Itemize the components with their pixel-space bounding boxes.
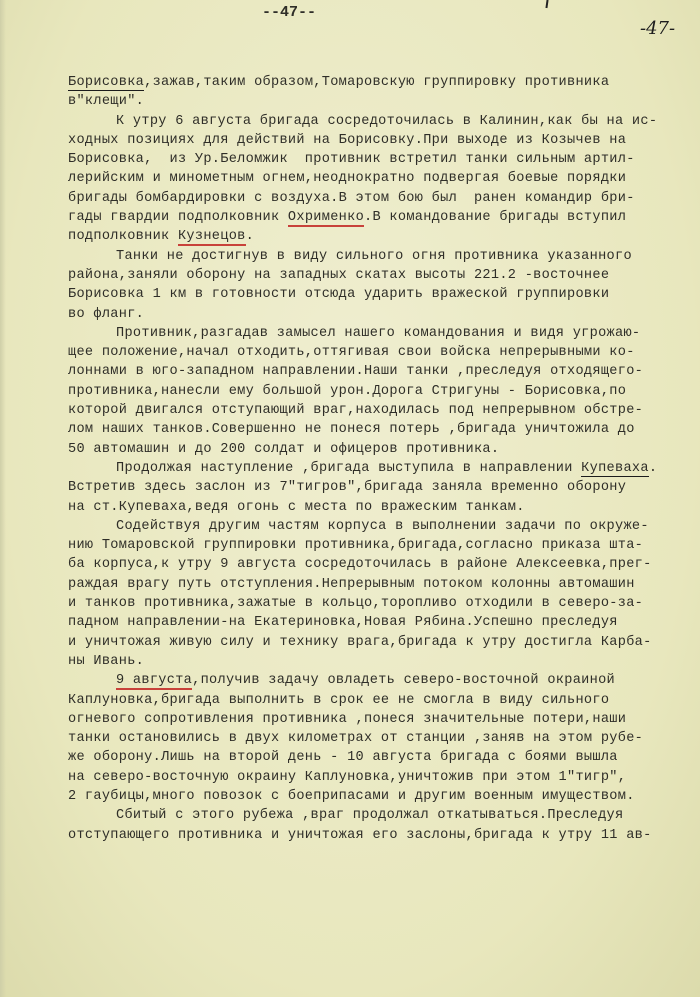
text-segment: Продолжая наступление ,бригада выступила… xyxy=(116,461,581,476)
underlined-term: Охрименко xyxy=(288,210,364,227)
text-segment: Противник,разгадав замысел нашего команд… xyxy=(116,326,640,341)
text-line: 50 автомашин и до 200 солдат и офицеров … xyxy=(68,440,678,459)
text-line: щее положение,начал отходить,оттягивая с… xyxy=(68,343,678,362)
text-line: ходных позициях для действий на Борисовк… xyxy=(68,131,678,150)
text-line: противника,нанесли ему большой урон.Доро… xyxy=(68,382,678,401)
text-line: огневого сопротивления противника ,понес… xyxy=(68,710,678,729)
text-line: Борисовка 1 км в готовности отсюда удари… xyxy=(68,285,678,304)
text-segment: падном направлении-на Екатериновка,Новая… xyxy=(68,615,618,630)
text-line: танки остановились в двух километрах от … xyxy=(68,729,678,748)
text-segment: раждая врагу путь отступления.Непрерывны… xyxy=(68,577,635,592)
text-segment: гады гвардии подполковник xyxy=(68,210,288,225)
text-line: во фланг. xyxy=(68,305,678,324)
text-segment: которой двигался отступающий враг,находи… xyxy=(68,403,643,418)
underlined-term: 9 августа xyxy=(116,673,192,690)
text-line: Сбитый с этого рубежа ,враг продолжал от… xyxy=(68,806,678,825)
text-line: ны Ивань. xyxy=(68,652,678,671)
text-line: лом наших танков.Совершенно не понеся по… xyxy=(68,420,678,439)
underlined-term: Кузнецов xyxy=(178,229,246,246)
text-segment: ,получив задачу овладеть северо-восточно… xyxy=(192,673,615,688)
text-segment: танки остановились в двух километрах от … xyxy=(68,731,643,746)
underlined-term: Борисовка xyxy=(68,75,144,91)
text-line: и танков противника,зажатые в кольцо,тор… xyxy=(68,594,678,613)
text-segment: лом наших танков.Совершенно не понеся по… xyxy=(68,422,635,437)
text-segment: района,заняли оборону на западных скатах… xyxy=(68,268,609,283)
text-line: ба корпуса,к утру 9 августа сосредоточил… xyxy=(68,555,678,574)
text-line: в"клещи". xyxy=(68,92,678,111)
pen-mark xyxy=(545,0,548,8)
text-segment: ны Ивань. xyxy=(68,654,144,669)
text-line: подполковник Кузнецов. xyxy=(68,227,678,246)
text-line: на северо-восточную окраину Каплуновка,у… xyxy=(68,768,678,787)
text-line: района,заняли оборону на западных скатах… xyxy=(68,266,678,285)
text-line: которой двигался отступающий враг,находи… xyxy=(68,401,678,420)
text-segment: .В командование бригады вступил xyxy=(364,210,626,225)
text-segment: в"клещи". xyxy=(68,94,144,109)
text-segment: Сбитый с этого рубежа ,враг продолжал от… xyxy=(116,808,623,823)
text-segment: Каплуновка,бригада выполнить в срок ее н… xyxy=(68,693,609,708)
text-segment: Содействуя другим частям корпуса в выпол… xyxy=(116,519,649,534)
text-line: Встретив здесь заслон из 7"тигров",брига… xyxy=(68,478,678,497)
handwritten-page-number: -47- xyxy=(640,18,675,39)
text-segment: К утру 6 августа бригада сосредоточилась… xyxy=(116,114,657,129)
text-segment: лоннами в юго-западном направлении.Наши … xyxy=(68,364,643,379)
text-line: же оборону.Лишь на второй день - 10 авгу… xyxy=(68,748,678,767)
text-line: нию Томаровской группировки противника,б… xyxy=(68,536,678,555)
text-segment: Борисовка 1 км в готовности отсюда удари… xyxy=(68,287,609,302)
text-segment: на северо-восточную окраину Каплуновка,у… xyxy=(68,770,626,785)
text-line: раждая врагу путь отступления.Непрерывны… xyxy=(68,575,678,594)
text-segment: отступающего противника и уничтожая его … xyxy=(68,828,652,843)
text-line: гады гвардии подполковник Охрименко.В ко… xyxy=(68,208,678,227)
text-segment: Встретив здесь заслон из 7"тигров",брига… xyxy=(68,480,626,495)
text-line: на ст.Купеваха,ведя огонь с места по вра… xyxy=(68,498,678,517)
text-segment: подполковник xyxy=(68,229,178,244)
text-line: Каплуновка,бригада выполнить в срок ее н… xyxy=(68,691,678,710)
text-line: падном направлении-на Екатериновка,Новая… xyxy=(68,613,678,632)
text-segment: же оборону.Лишь на второй день - 10 авгу… xyxy=(68,750,618,765)
text-line: отступающего противника и уничтожая его … xyxy=(68,826,678,845)
text-segment: . xyxy=(649,461,657,476)
text-segment: и танков противника,зажатые в кольцо,тор… xyxy=(68,596,643,611)
text-segment: щее положение,начал отходить,оттягивая с… xyxy=(68,345,635,360)
text-line: Танки не достигнув в виду сильного огня … xyxy=(68,247,678,266)
text-segment: Танки не достигнув в виду сильного огня … xyxy=(116,249,632,264)
text-segment: 2 гаубицы,много повозок с боеприпасами и… xyxy=(68,789,635,804)
text-segment: нию Томаровской группировки противника,б… xyxy=(68,538,643,553)
text-line: бригады бомбардировки с воздуха.В этом б… xyxy=(68,189,678,208)
text-segment: ба корпуса,к утру 9 августа сосредоточил… xyxy=(68,557,652,572)
underlined-term: Купеваха xyxy=(581,461,649,477)
text-segment: во фланг. xyxy=(68,307,144,322)
text-line: лерийским и минометным огнем,неоднократн… xyxy=(68,169,678,188)
text-line: Борисовка, из Ур.Беломжик противник встр… xyxy=(68,150,678,169)
text-segment: ходных позициях для действий на Борисовк… xyxy=(68,133,626,148)
text-segment: Борисовка, из Ур.Беломжик противник встр… xyxy=(68,152,635,167)
text-segment: лерийским и минометным огнем,неоднократн… xyxy=(68,171,626,186)
text-line: Противник,разгадав замысел нашего команд… xyxy=(68,324,678,343)
typed-page-number: --47-- xyxy=(262,4,316,21)
text-line: Борисовка,зажав,таким образом,Томаровску… xyxy=(68,73,678,92)
text-segment: бригады бомбардировки с воздуха.В этом б… xyxy=(68,191,635,206)
text-segment: огневого сопротивления противника ,понес… xyxy=(68,712,626,727)
text-segment: противника,нанесли ему большой урон.Доро… xyxy=(68,384,626,399)
text-line: 9 августа,получив задачу овладеть северо… xyxy=(68,671,678,690)
text-line: Продолжая наступление ,бригада выступила… xyxy=(68,459,678,478)
text-line: лоннами в юго-западном направлении.Наши … xyxy=(68,362,678,381)
text-segment: на ст.Купеваха,ведя огонь с места по вра… xyxy=(68,500,525,515)
text-segment: . xyxy=(246,229,254,244)
text-line: Содействуя другим частям корпуса в выпол… xyxy=(68,517,678,536)
page-edge-shadow xyxy=(0,0,6,997)
document-body: Борисовка,зажав,таким образом,Томаровску… xyxy=(68,73,678,845)
text-line: и уничтожая живую силу и технику врага,б… xyxy=(68,633,678,652)
text-segment: ,зажав,таким образом,Томаровскую группир… xyxy=(144,75,609,90)
text-line: К утру 6 августа бригада сосредоточилась… xyxy=(68,112,678,131)
text-segment: и уничтожая живую силу и технику врага,б… xyxy=(68,635,652,650)
text-line: 2 гаубицы,много повозок с боеприпасами и… xyxy=(68,787,678,806)
text-segment: 50 автомашин и до 200 солдат и офицеров … xyxy=(68,442,499,457)
